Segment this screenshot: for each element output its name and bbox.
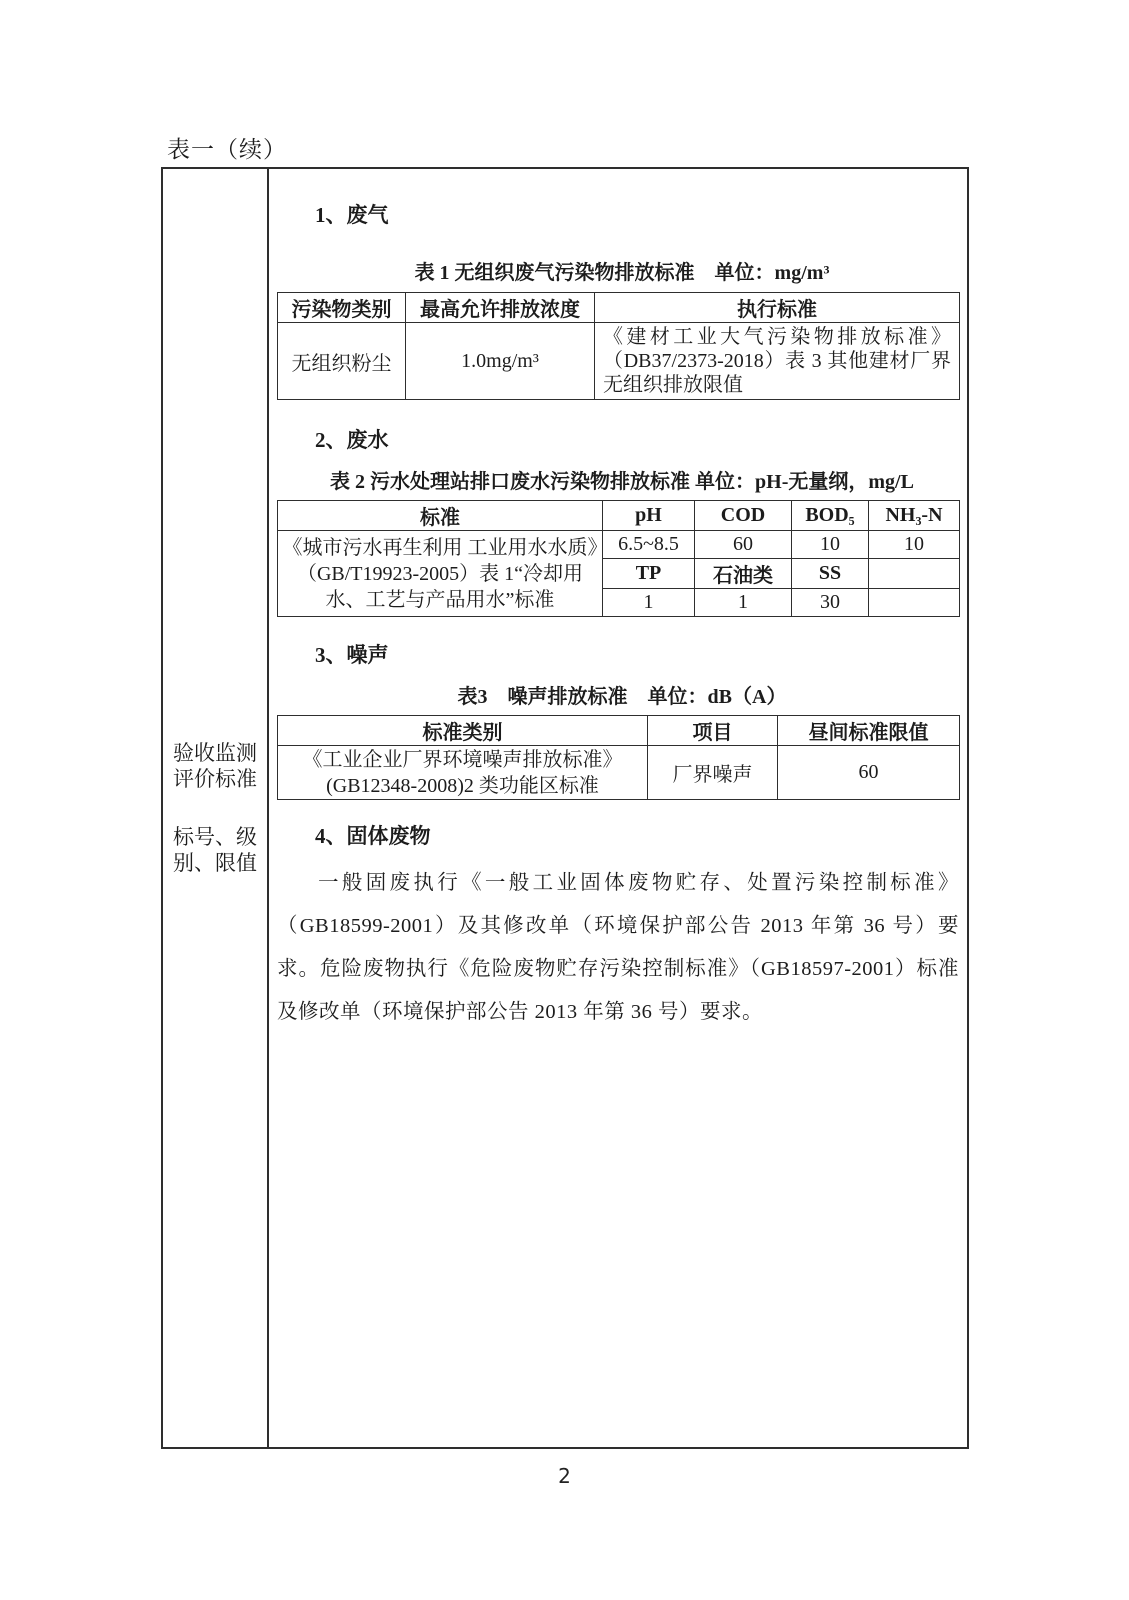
t2-header-standard: 标准 [278,501,603,531]
noise-table: 标准类别 项目 昼间标准限值 《工业企业厂界环境噪声排放标准》(GB12348-… [277,715,960,800]
waste-gas-table: 污染物类别 最高允许排放浓度 执行标准 无组织粉尘 1.0mg/m³ 《建材工业… [277,292,960,400]
section-heading-solid-waste: 4、固体废物 [277,822,967,850]
table-row: 《城市污水再生利用 工业用水水质》（GB/T19923-2005）表 1“冷却用… [278,531,960,559]
row-label-line: 评价标准 [173,766,257,792]
t2-cell-nh3n-value: 10 [869,531,960,559]
row-label-line: 验收监测 [173,740,257,766]
table-header-row: 污染物类别 最高允许排放浓度 执行标准 [278,293,960,323]
page-number: 2 [0,1464,1129,1488]
t2-header-ph: pH [603,501,695,531]
solid-waste-paragraph: 一般固废执行《一般工业固体废物贮存、处置污染控制标准》（GB18599-2001… [277,862,959,1034]
row-label-evaluation-standard: 验收监测 评价标准 [173,740,257,792]
t1-cell-max-concentration: 1.0mg/m³ [406,323,595,400]
row-label-line: 标号、级 [173,824,257,850]
row-label-line: 别、限值 [173,850,257,876]
t2-cell-empty [869,589,960,617]
t3-header-standard-category: 标准类别 [278,716,648,746]
t1-header-executed-standard: 执行标准 [595,293,960,323]
t2-cell-bod5-value: 10 [792,531,869,559]
t3-cell-standard-name: 《工业企业厂界环境噪声排放标准》(GB12348-2008)2 类功能区标准 [278,746,648,800]
table-header-row: 标准类别 项目 昼间标准限值 [278,716,960,746]
t2-cell-tp-value: 1 [603,589,695,617]
section-heading-waste-gas: 1、废气 [277,201,967,229]
t2-cell-cod-value: 60 [695,531,792,559]
table2-caption: 表 2 污水处理站排口废水污染物排放标准 单位：pH-无量纲，mg/L [277,468,967,496]
t2-cell-ss-value: 30 [792,589,869,617]
waste-water-table: 标准 pH COD BOD₅ NH₃-N 《城市污水再生利用 工业用水水质》（G… [277,500,960,617]
t3-cell-limit-value: 60 [778,746,960,800]
t1-header-max-concentration: 最高允许排放浓度 [406,293,595,323]
t3-cell-item: 厂界噪声 [648,746,778,800]
form-outer-table: 验收监测 评价标准 标号、级 别、限值 1、废气 表 1 无组织废气污染物排放标… [161,167,969,1449]
t2-cell-standard-name: 《城市污水再生利用 工业用水水质》（GB/T19923-2005）表 1“冷却用… [278,531,603,617]
t2-cell-petroleum-value: 1 [695,589,792,617]
section-heading-waste-water: 2、废水 [277,426,967,454]
t2-header-bod5: BOD₅ [792,501,869,531]
section-heading-noise: 3、噪声 [277,641,967,669]
table-header-row: 标准 pH COD BOD₅ NH₃-N [278,501,960,531]
standards-content-cell: 1、废气 表 1 无组织废气污染物排放标准 单位：mg/m³ 污染物类别 最高允… [269,169,967,1447]
t2-subheader-tp: TP [603,559,695,589]
document-page: { "page": { "title": "表一（续）", "page_numb… [0,0,1129,1600]
t2-cell-empty [869,559,960,589]
table1-caption: 表 1 无组织废气污染物排放标准 单位：mg/m³ [277,259,967,287]
t2-header-nh3n: NH₃-N [869,501,960,531]
t2-cell-ph-value: 6.5~8.5 [603,531,695,559]
t2-subheader-ss: SS [792,559,869,589]
t3-header-daytime-limit: 昼间标准限值 [778,716,960,746]
row-header-column: 验收监测 评价标准 标号、级 别、限值 [163,169,269,1447]
t1-cell-pollutant-category: 无组织粉尘 [278,323,406,400]
t3-header-item: 项目 [648,716,778,746]
table-row: 《工业企业厂界环境噪声排放标准》(GB12348-2008)2 类功能区标准 厂… [278,746,960,800]
t1-cell-executed-standard: 《建材工业大气污染物排放标准》（DB37/2373-2018）表 3 其他建材厂… [595,323,960,400]
doc-title: 表一（续） [167,131,287,164]
t2-header-cod: COD [695,501,792,531]
t2-subheader-petroleum: 石油类 [695,559,792,589]
table3-caption: 表3 噪声排放标准 单位：dB（A） [277,683,967,711]
table-row: 无组织粉尘 1.0mg/m³ 《建材工业大气污染物排放标准》（DB37/2373… [278,323,960,400]
row-label-grade-limit: 标号、级 别、限值 [173,824,257,876]
t1-header-pollutant-category: 污染物类别 [278,293,406,323]
